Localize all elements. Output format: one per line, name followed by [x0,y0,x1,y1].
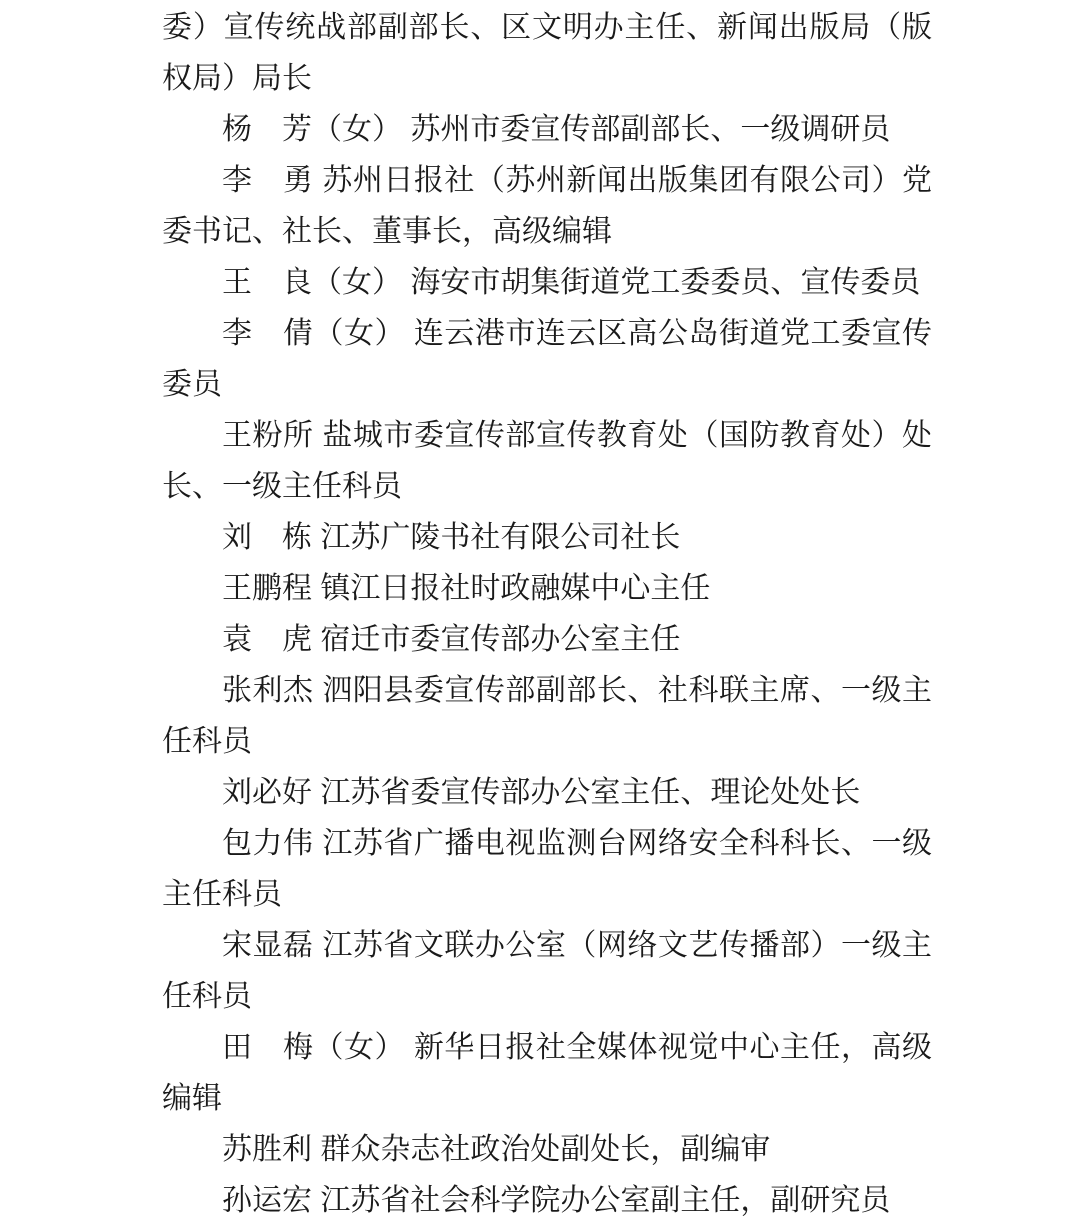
entry-line: 刘 栋 江苏广陵书社有限公司社长 [162,512,932,563]
entry-line: 张利杰 泗阳县委宣传部副部长、社科联主席、一级主任科员 [162,665,932,767]
entry-line: 刘必好 江苏省委宣传部办公室主任、理论处处长 [162,767,932,818]
entry-line: 王鹏程 镇江日报社时政融媒中心主任 [162,563,932,614]
entry-line: 王 良（女） 海安市胡集街道党工委委员、宣传委员 [162,257,932,308]
continuation-paragraph: 委）宣传统战部副部长、区文明办主任、新闻出版局（版权局）局长 [162,2,932,104]
entry-line: 杨 芳（女） 苏州市委宣传部副部长、一级调研员 [162,104,932,155]
entry-line: 包力伟 江苏省广播电视监测台网络安全科科长、一级主任科员 [162,818,932,920]
entry-line: 袁 虎 宿迁市委宣传部办公室主任 [162,614,932,665]
entry-line: 李 勇 苏州日报社（苏州新闻出版集团有限公司）党委书记、社长、董事长，高级编辑 [162,155,932,257]
entry-line: 孙运宏 江苏省社会科学院办公室副主任，副研究员 [162,1175,932,1226]
entry-line: 王粉所 盐城市委宣传部宣传教育处（国防教育处）处长、一级主任科员 [162,410,932,512]
award-list: 委）宣传统战部副部长、区文明办主任、新闻出版局（版权局）局长 杨 芳（女） 苏州… [0,0,1080,1229]
entries: 杨 芳（女） 苏州市委宣传部副部长、一级调研员李 勇 苏州日报社（苏州新闻出版集… [162,104,932,1226]
entry-line: 宋显磊 江苏省文联办公室（网络文艺传播部）一级主任科员 [162,920,932,1022]
entry-line: 李 倩（女） 连云港市连云区高公岛街道党工委宣传委员 [162,308,932,410]
document-page: 委）宣传统战部副部长、区文明办主任、新闻出版局（版权局）局长 杨 芳（女） 苏州… [0,0,1080,1229]
entry-line: 苏胜利 群众杂志社政治处副处长，副编审 [162,1124,932,1175]
entry-line: 田 梅（女） 新华日报社全媒体视觉中心主任，高级编辑 [162,1022,932,1124]
